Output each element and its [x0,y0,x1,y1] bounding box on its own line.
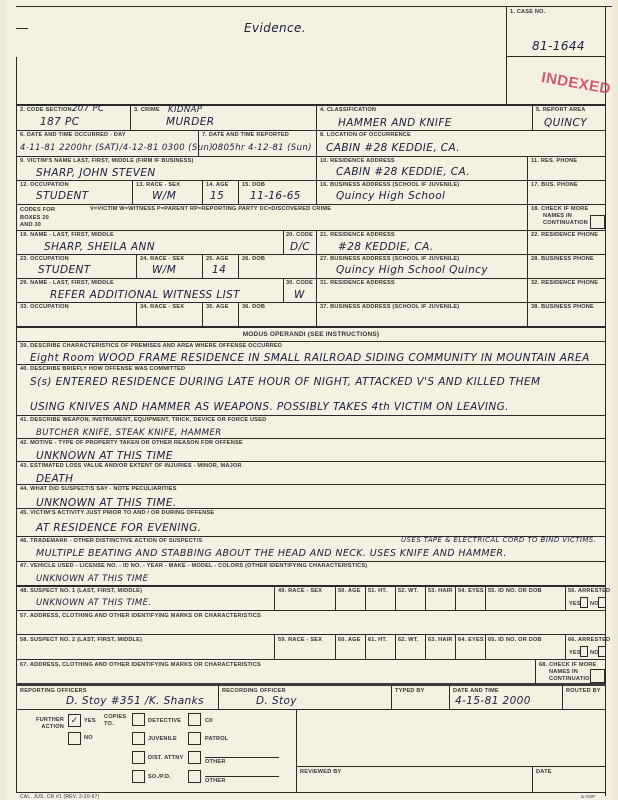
row-rule [16,278,606,279]
location-label: 8. LOCATION OF OCCURRENCE [320,133,411,139]
copy-other1-label: OTHER [205,760,226,766]
suspect2-id-label: 65. ID NO. OR DOB [488,638,542,644]
row-rule [16,585,606,587]
row-rule [16,634,606,635]
suspect1-name: UNKNOWN AT THIS TIME. [36,599,151,608]
q40-answer-line2: USING KNIVES AND HAMMER AS WEAPONS. POSS… [30,402,509,413]
suspect2-check-more-label-2: NAMES IN [549,670,578,676]
suspect1-wt-label: 52. WT. [398,589,418,595]
other1-line [205,757,279,758]
row-rule [16,156,606,157]
further-action-label: FURTHER ACTION [36,717,64,732]
suspect1-hair-label: 53. HAIR [428,589,453,595]
report-area-label: 5. REPORT AREA [536,108,586,114]
divider [335,585,336,610]
divider [136,302,137,326]
victim-race-sex: W/M [152,191,176,202]
victim-occupation-label: 12. OCCUPATION [20,183,69,189]
person2-age: 14 [212,265,226,276]
divider [238,180,239,204]
divider [532,766,533,792]
divider [365,634,366,659]
suspect1-age-label: 50. AGE [338,589,361,595]
person3-dob-label: 36. DOB [242,305,265,311]
codes-legend: V=VICTIM W=WITNESS P=PARENT RP=REPORTING… [90,207,331,213]
victim-bus-phone-label: 17. BUS. PHONE [531,183,578,189]
date-time-label: DATE AND TIME [453,689,499,695]
divider [395,634,396,659]
person2-bus-phone-label: 28. BUSINESS PHONE [531,257,594,263]
reported-label: 7. DATE AND TIME REPORTED [202,133,289,139]
code-section-label: 2. CODE SECTION [20,108,72,114]
q44-label: 44. WHAT DID SUSPECT/S SAY - NOTE PECULI… [20,487,177,493]
suspect2-age-label: 60. AGE [338,638,361,644]
copy-other2-label: OTHER [205,779,226,785]
divider [391,686,392,709]
divider [562,686,563,709]
victim-occupation: STUDENT [36,191,89,202]
further-action-yes-label: YES [84,719,96,725]
copy-dist-attny-checkbox[interactable] [132,751,145,764]
victim-dob-label: 15. DOB [242,183,265,189]
person2-business: Quincy High School Quincy [336,265,488,276]
crime-report-form: Evidence. 1. CASE NO. 81-1644 INDEXED 2.… [6,0,612,800]
row-rule [16,709,606,710]
left-border [16,57,17,792]
suspect2-race-sex-label: 59. RACE - SEX [278,638,322,644]
copy-juvenile-checkbox[interactable] [132,732,145,745]
occurred-label: 6. DATE AND TIME OCCURRED - DAY [20,133,126,139]
suspect2-arrested-no-checkbox[interactable] [598,646,606,657]
q41-label: 41. DESCRIBE WEAPON, INSTRUMENT, EQUIPME… [20,418,266,424]
divider [527,204,528,230]
person3-bus-phone-label: 38. BUSINESS PHONE [531,305,594,311]
case-no-label: 1. CASE NO. [510,10,545,16]
q45-label: 45. VICTIM'S ACTIVITY JUST PRIOR TO AND … [20,511,214,517]
divider [132,180,133,204]
divider [130,104,131,130]
person3-name: REFER ADDITIONAL WITNESS LIST [50,290,240,301]
mo-title: MODUS OPERANDI (SEE INSTRUCTIONS) [16,332,606,339]
copy-other2-checkbox[interactable] [188,770,201,783]
suspect2-eyes-label: 64. EYES [458,638,484,644]
location: CABIN #28 KEDDIE, CA. [326,143,460,154]
row-rule [16,230,606,231]
check-more-label-2: NAMES IN [543,214,572,220]
copy-juvenile-label: JUVENILE [148,737,177,743]
q39-answer: Eight Room WOOD FRAME RESIDENCE IN SMALL… [30,353,590,364]
row-rule [16,326,606,328]
divider [565,634,566,659]
report-area: QUINCY [544,118,587,129]
crime-2: MURDER [166,117,214,128]
q41-answer: BUTCHER KNIFE, STEAK KNIFE, HAMMER [36,429,222,438]
divider [335,634,336,659]
divider [283,230,284,254]
suspect1-arrested-no-checkbox[interactable] [598,597,606,608]
copy-other1-checkbox[interactable] [188,751,201,764]
recording-officer-label: RECORDING OFFICER [222,689,286,695]
q47-answer: UNKNOWN AT THIS TIME [36,575,148,584]
q46-label: 46. TRADEMARK - OTHER DISTINCTIVE ACTION… [20,539,202,545]
bottom-rule [16,792,606,793]
evidence-note: Evidence. [244,22,306,34]
q39-label: 39. DESCRIBE CHARACTERISTICS OF PREMISES… [20,344,282,350]
other2-line [205,776,279,777]
copy-cii-label: CII [205,719,213,725]
suspect2-ht-label: 61. HT. [368,638,387,644]
further-action-no-label: NO [84,736,93,742]
person3-res-phone-label: 32. RESIDENCE PHONE [531,281,598,287]
copies-to-label: COPIES TO. [104,714,130,729]
victim-age: 15 [210,191,224,202]
divider [425,585,426,610]
suspect1-address-label: 57. ADDRESS, CLOTHING AND OTHER IDENTIFY… [20,614,261,620]
divider [238,254,239,278]
victim-business-label: 16. BUSINESS ADDRESS (SCHOOL IF JUVENILE… [320,183,459,189]
divider [218,686,219,709]
person2-code-label: 20. CODE [286,233,313,239]
row-rule [16,364,606,365]
divider [238,302,239,326]
person2-code: D/C [290,242,310,253]
victim-race-sex-label: 13. RACE - SEX [136,183,180,189]
reporting-officers-label: REPORTING OFFICERS [20,689,87,695]
indexed-stamp: INDEXED [540,69,612,98]
row-rule [16,461,606,462]
divider [535,659,536,683]
row-rule [16,302,606,303]
row-rule [16,130,606,131]
divider [202,180,203,204]
occurred: 4-11-81 2200hr (SAT)/4-12-81 0300 (Sun) [20,144,213,153]
person3-name-label: 29. NAME - LAST, FIRST, MIDDLE [20,281,114,287]
suspect2-check-more-label-3: CONTINUATION [549,677,594,683]
victim-age-label: 14. AGE [206,183,229,189]
divider [425,634,426,659]
printer-mark: Δ OSP [581,795,596,800]
copy-so-pd-checkbox[interactable] [132,770,145,783]
classification: HAMMER AND KNIFE [338,118,452,129]
person3-race-sex-label: 34. RACE - SEX [140,305,184,311]
person2-race-sex-label: 24. RACE - SEX [140,257,184,263]
divider [455,585,456,610]
divider [532,104,533,130]
victim-res-phone-label: 11. RES. PHONE [531,159,577,165]
suspect1-arrested-yes-checkbox[interactable] [580,597,588,608]
suspect1-arrested-label: 56. ARRESTED [568,589,610,595]
divider [283,278,284,302]
q44-answer: UNKNOWN AT THIS TIME. [36,498,177,509]
person3-business-label: 37. BUSINESS ADDRESS (SCHOOL IF JUVENILE… [320,305,459,311]
suspect1-race-sex-label: 49. RACE - SEX [278,589,322,595]
further-action-no-checkbox[interactable] [68,732,81,745]
suspect2-check-more-label-1: 68. CHECK IF MORE [539,663,596,669]
victim-residence: CABIN #28 KEDDIE, CA. [336,167,470,178]
person2-business-label: 27. BUSINESS ADDRESS (SCHOOL IF JUVENILE… [320,257,459,263]
person2-occupation: STUDENT [38,265,91,276]
divider [455,634,456,659]
divider [449,686,450,709]
person3-occupation-label: 33. OCCUPATION [20,305,69,311]
copy-detective-checkbox[interactable] [132,713,145,726]
case-no: 81-1644 [532,40,585,52]
crime-label: 3. CRIME [134,108,160,114]
person2-name: SHARP, SHEILA ANN [44,242,155,253]
copy-detective-label: DETECTIVE [148,719,181,725]
person2-residence-label: 21. RESIDENCE ADDRESS [320,233,395,239]
victim-name: SHARP, JOHN STEVEN [36,168,156,179]
divider [202,254,203,278]
recording-officer: D. Stoy [256,696,297,707]
row-rule [16,659,606,660]
divider [365,585,366,610]
row-rule [16,254,606,255]
margin-mark [16,28,28,29]
codes-label: CODES FOR BOXES 20 AND 30 [20,207,62,230]
top-rule [16,6,612,7]
form-id: CAL. JUS. CR #1 (REV. 2-20-67) [20,795,99,800]
q43-answer: DEATH [36,474,73,485]
classification-label: 4. CLASSIFICATION [320,108,376,114]
copy-patrol-checkbox[interactable] [188,732,201,745]
divider [485,585,486,610]
person2-residence: #28 KEDDIE, CA. [338,242,434,253]
further-action-yes-checkbox[interactable]: ✓ [68,714,81,727]
row-rule [16,610,606,611]
copy-cii-checkbox[interactable] [188,713,201,726]
person3-code: W [294,290,305,301]
check-more-label-3: CONTINUATION [543,221,588,227]
reporting-officers: D. Stoy #351 /K. Shanks [66,696,204,707]
divider [485,634,486,659]
divider [136,254,137,278]
row-rule [16,341,606,342]
row-rule [16,438,606,439]
row-rule [296,766,606,767]
case-box-divider [506,6,507,104]
victim-residence-label: 10. RESIDENCE ADDRESS [320,159,395,165]
q46-answer: MULTIPLE BEATING AND STABBING ABOUT THE … [36,549,507,559]
person2-name-label: 19. NAME - LAST, FIRST, MIDDLE [20,233,114,239]
crime-1: KIDNAP [168,106,202,115]
row-rule [16,508,606,509]
suspect2-arrested-yes-checkbox[interactable] [580,646,588,657]
suspect2-check-more-checkbox[interactable] [590,669,605,683]
person2-race-sex: W/M [152,265,176,276]
victim-dob: 11-16-65 [250,191,301,202]
q40-label: 40. DESCRIBE BRIEFLY HOW OFFENSE WAS COM… [20,367,185,373]
divider [565,585,566,610]
check-more-names-checkbox[interactable] [590,215,605,229]
reported: 0805hr 4-12-81 (Sun) [212,144,312,153]
case-box-split [506,56,606,57]
row-rule [16,104,606,106]
row-rule [16,561,606,562]
suspect2-arrested-label: 66. ARRESTED [568,638,610,644]
q43-label: 43. ESTIMATED LOSS VALUE AND/OR EXTENT O… [20,464,242,470]
victim-business: Quincy High School [336,191,445,202]
suspect2-name-label: 58. SUSPECT NO. 2 (LAST, FIRST, MIDDLE) [20,638,142,644]
check-more-label-1: 18. CHECK IF MORE [531,207,588,213]
person2-occupation-label: 23. OCCUPATION [20,257,69,263]
suspect1-id-label: 55. ID NO. OR DOB [488,589,542,595]
person2-res-phone-label: 22. RESIDENCE PHONE [531,233,598,239]
divider [296,709,297,792]
suspect1-name-label: 48. SUSPECT NO. 1 (LAST, FIRST, MIDDLE) [20,589,142,595]
q45-answer: AT RESIDENCE FOR EVENING. [36,523,201,534]
q42-label: 42. MOTIVE - TYPE OF PROPERTY TAKEN OR O… [20,441,243,447]
q42-answer: UNKNOWN AT THIS TIME [36,451,173,462]
divider [202,302,203,326]
suspect1-eyes-label: 54. EYES [458,589,484,595]
row-rule [16,683,606,686]
suspect1-ht-label: 51. HT. [368,589,387,595]
row-rule [16,484,606,485]
divider [274,585,275,610]
q46-note: USES TAPE & ELECTRICAL CORD TO BIND VICT… [401,537,596,544]
q47-label: 47. VEHICLE USED - LICENSE NO. - ID NO. … [20,564,367,570]
victim-name-label: 9. VICTIM'S NAME LAST, FIRST, MIDDLE (FI… [20,159,194,165]
date-time: 4-15-81 2000 [455,696,531,707]
person2-age-label: 25. AGE [206,257,229,263]
typed-by-label: TYPED BY [395,689,425,695]
review-date-label: DATE [536,770,552,776]
divider [395,585,396,610]
suspect2-address-label: 67. ADDRESS, CLOTHING AND OTHER IDENTIFY… [20,663,261,669]
copy-dist-attny-label: DIST. ATTNY [148,756,183,762]
person2-dob-label: 26. DOB [242,257,265,263]
person3-code-label: 30. CODE [286,281,313,287]
person3-age-label: 35. AGE [206,305,229,311]
row-rule [16,180,606,181]
suspect2-wt-label: 62. WT. [398,638,418,644]
copy-patrol-label: PATROL [205,737,228,743]
person3-residence-label: 31. RESIDENCE ADDRESS [320,281,395,287]
suspect2-hair-label: 63. HAIR [428,638,453,644]
right-border [605,6,606,796]
row-rule [16,204,606,205]
reviewed-by-label: REVIEWED BY [300,770,341,776]
q40-answer-line1: S(s) ENTERED RESIDENCE DURING LATE HOUR … [30,377,540,388]
divider [274,634,275,659]
copy-so-pd-label: SO./P.D. [148,775,171,781]
code-section-2: 187 PC [40,117,79,128]
row-rule [16,415,606,416]
routed-by-label: ROUTED BY [566,689,601,695]
code-section-1: 207 PC [72,105,104,114]
